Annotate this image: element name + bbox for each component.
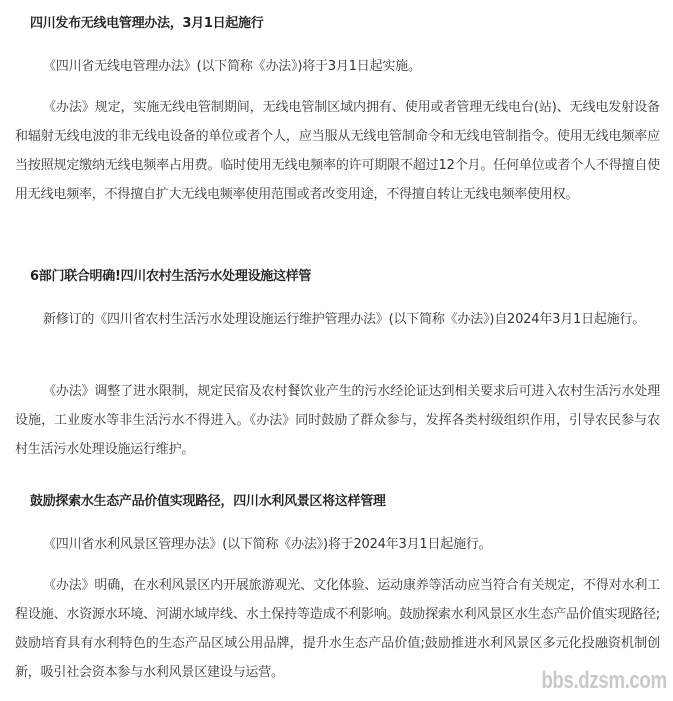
site-watermark: bbs.dzsm.com [542,667,667,695]
section-heading-sewage: 6部门联合明确!四川农村生活污水处理设施这样管 [30,265,311,284]
paragraph-scenic-intro: 《四川省水利风景区管理办法》(以下简称《办法》)将于2024年3月1日起施行。 [15,530,660,559]
section-heading-scenic: 鼓励探索水生态产品价值实现路径，四川水利风景区将这样管理 [30,490,386,509]
paragraph-radio-details: 《办法》规定，实施无线电管制期间，无线电管制区域内拥有、使用或者管理无线电台(站… [15,93,660,209]
paragraph-radio-intro: 《四川省无线电管理办法》(以下简称《办法》)将于3月1日起实施。 [15,52,660,81]
paragraph-sewage-intro: 新修订的《四川省农村生活污水处理设施运行维护管理办法》(以下简称《办法》)自20… [15,305,660,334]
section-heading-radio: 四川发布无线电管理办法，3月1日起施行 [30,12,263,31]
paragraph-sewage-details: 《办法》调整了进水限制，规定民宿及农村餐饮业产生的污水经论证达到相关要求后可进入… [15,377,660,464]
